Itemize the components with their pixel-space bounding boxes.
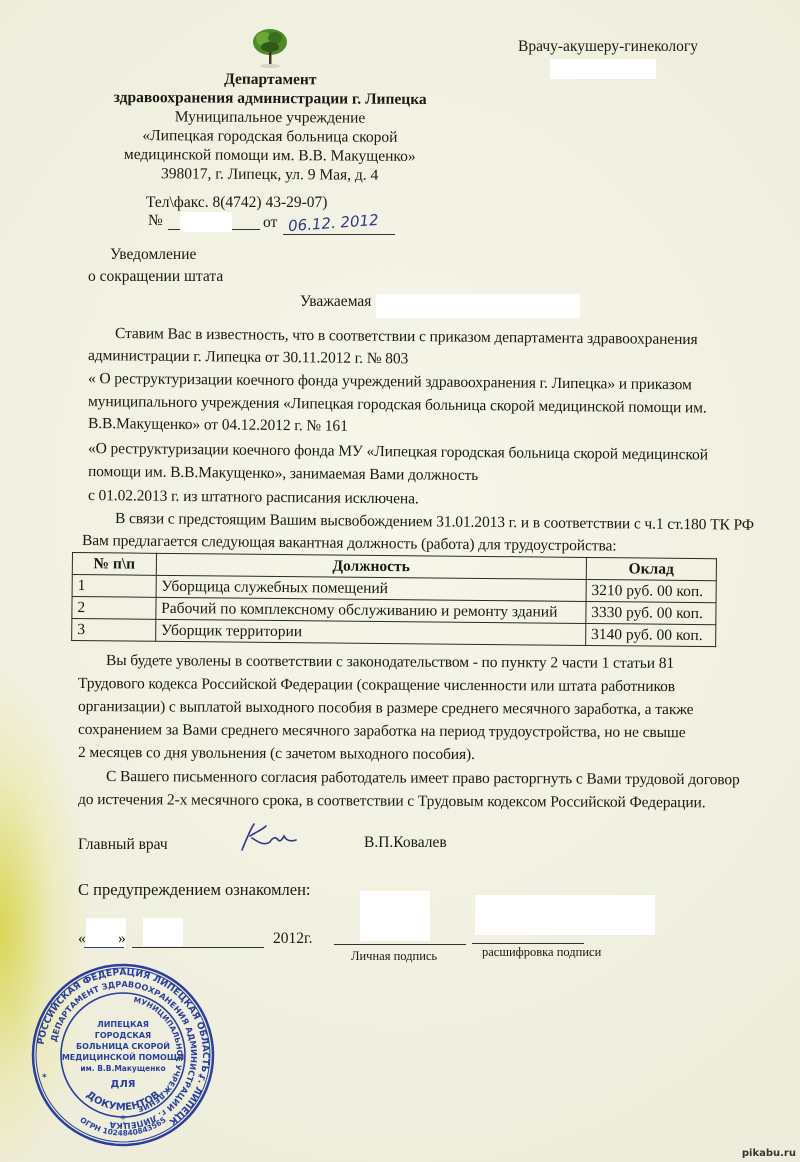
- department-line1: Департамент: [90, 69, 450, 91]
- stamp-purpose-line1: ДЛЯ: [111, 1079, 136, 1090]
- institution-name-line1: «Липецкая городская больница скорой: [90, 126, 450, 148]
- institution-phone: Тел\факс. 8(4742) 43-29-07): [146, 194, 327, 212]
- paragraph4-line: до истечения 2-х месячного срока, в соот…: [78, 791, 706, 812]
- signatory-title: Главный врач: [78, 836, 168, 854]
- personal-signature-line: [334, 944, 466, 945]
- stamp-center-line: БОЛЬНИЦА СКОРОЙ: [76, 1040, 170, 1051]
- cell-salary: 3330 руб. 00 коп.: [586, 601, 716, 624]
- paragraph3-line: Вы будете уволены в соответствии с закон…: [106, 652, 674, 673]
- vacancies-table: № п\п Должность Оклад 1 Уборщица служебн…: [71, 552, 717, 647]
- document-title-line2: о сокращении штата: [88, 268, 223, 286]
- star-icon: *: [120, 1114, 126, 1125]
- official-stamp: РОССИЙСКАЯ ФЕДЕРАЦИЯ ЛИПЕЦКАЯ ОБЛАСТЬ г.…: [28, 960, 218, 1150]
- signatory-name: В.П.Ковалев: [364, 834, 447, 852]
- month-blank: [132, 947, 264, 948]
- cell-salary: 3210 руб. 00 коп.: [586, 579, 716, 602]
- number-label: №: [148, 212, 163, 230]
- acknowledgement-label: С предупреждением ознакомлен:: [78, 880, 310, 900]
- date-close-quote: »: [118, 930, 126, 948]
- paragraph3-line: организации) с выплатой выходного пособи…: [78, 698, 694, 719]
- stamp-center-line: ГОРОДСКАЯ: [95, 1031, 151, 1040]
- signature-decoding-line: [472, 943, 584, 944]
- column-header-salary: Оклад: [586, 557, 716, 580]
- column-header-number: № п\п: [72, 553, 156, 576]
- institution-name-line2: медицинской помощи им. В.В. Макущенко»: [90, 145, 450, 167]
- paragraph1-line: администрации г. Липецка от 30.11.2012 г…: [88, 347, 408, 368]
- paragraph1-line: В.В.Макущенко» от 04.12.2012 г. № 161: [88, 415, 348, 436]
- redacted-month: [143, 918, 183, 946]
- paragraph1-line: муниципального учреждения «Липецкая горо…: [88, 393, 707, 417]
- signature-mark: [236, 820, 306, 854]
- paragraph1-line: « О реструктуризации коечного фонда учре…: [88, 370, 692, 394]
- tree-logo-icon: [250, 27, 290, 69]
- stamp-purpose-line2: ДОКУМЕНТОВ: [84, 1089, 162, 1113]
- stamp-center-line: им. В.В.Макущенко: [80, 1064, 165, 1073]
- redacted-number: [180, 212, 232, 232]
- paragraph4-line: С Вашего письменного согласия работодате…: [106, 768, 740, 789]
- cell-number: 2: [72, 597, 156, 620]
- date-open-quote: «: [78, 930, 86, 948]
- addressee-position: Врачу-акушеру-гинекологу: [518, 38, 698, 56]
- redacted-recipient-name: [376, 294, 580, 318]
- document-title-line1: Уведомление: [110, 246, 196, 264]
- watermark: pikabu.ru: [742, 1148, 796, 1159]
- stamp-center-line: ЛИПЕЦКАЯ: [97, 1020, 149, 1029]
- redacted-personal-signature: [360, 891, 430, 941]
- from-label: от: [263, 214, 277, 232]
- paragraph3-line: 2 месяцев со дня увольнения (с зачетом в…: [78, 744, 475, 764]
- star-icon: *: [198, 1073, 203, 1083]
- letterhead: Департамент здравоохранения администраци…: [90, 69, 451, 186]
- cell-number: 3: [72, 619, 156, 642]
- paragraph3-line: Трудового кодекса Российской Федерации (…: [78, 675, 675, 696]
- year-label: 2012г.: [273, 930, 312, 948]
- paragraph1-line: Ставим Вас в известность, что в соответс…: [115, 325, 698, 349]
- greeting: Уважаемая: [300, 293, 371, 311]
- paragraph1-line: «О реструктуризации коечного фонда МУ «Л…: [88, 440, 708, 464]
- paragraph1-line: с 01.02.2013 г. из штатного расписания и…: [88, 487, 419, 508]
- handwritten-date: 06.12. 2012: [287, 211, 379, 235]
- redacted-signature-decoding: [475, 895, 655, 935]
- personal-signature-label: Личная подпись: [351, 949, 437, 964]
- institution-type: Муниципальное учреждение: [90, 107, 450, 129]
- department-line2: здравоохранения администрации г. Липецка: [90, 88, 450, 110]
- stamp-center-line: МЕДИЦИНСКОЙ ПОМОЩИ: [62, 1051, 184, 1062]
- star-icon: *: [42, 1073, 47, 1083]
- cell-number: 1: [72, 575, 156, 598]
- cell-salary: 3140 руб. 00 коп.: [585, 623, 715, 646]
- redacted-addressee-name: [550, 59, 656, 79]
- signature-decoding-label: расшифровка подписи: [482, 945, 601, 960]
- institution-address: 398017, г. Липецк, ул. 9 Мая, д. 4: [90, 164, 450, 186]
- paragraph1-line: помощи им. В.В.Макущенко», занимаемая Ва…: [88, 463, 478, 485]
- cell-position: Уборщик территории: [155, 619, 585, 645]
- paragraph2-line: В связи с предстоящим Вашим высвобождени…: [115, 510, 754, 535]
- paragraph3-line: сохранением за Вами среднего месячного з…: [78, 721, 686, 742]
